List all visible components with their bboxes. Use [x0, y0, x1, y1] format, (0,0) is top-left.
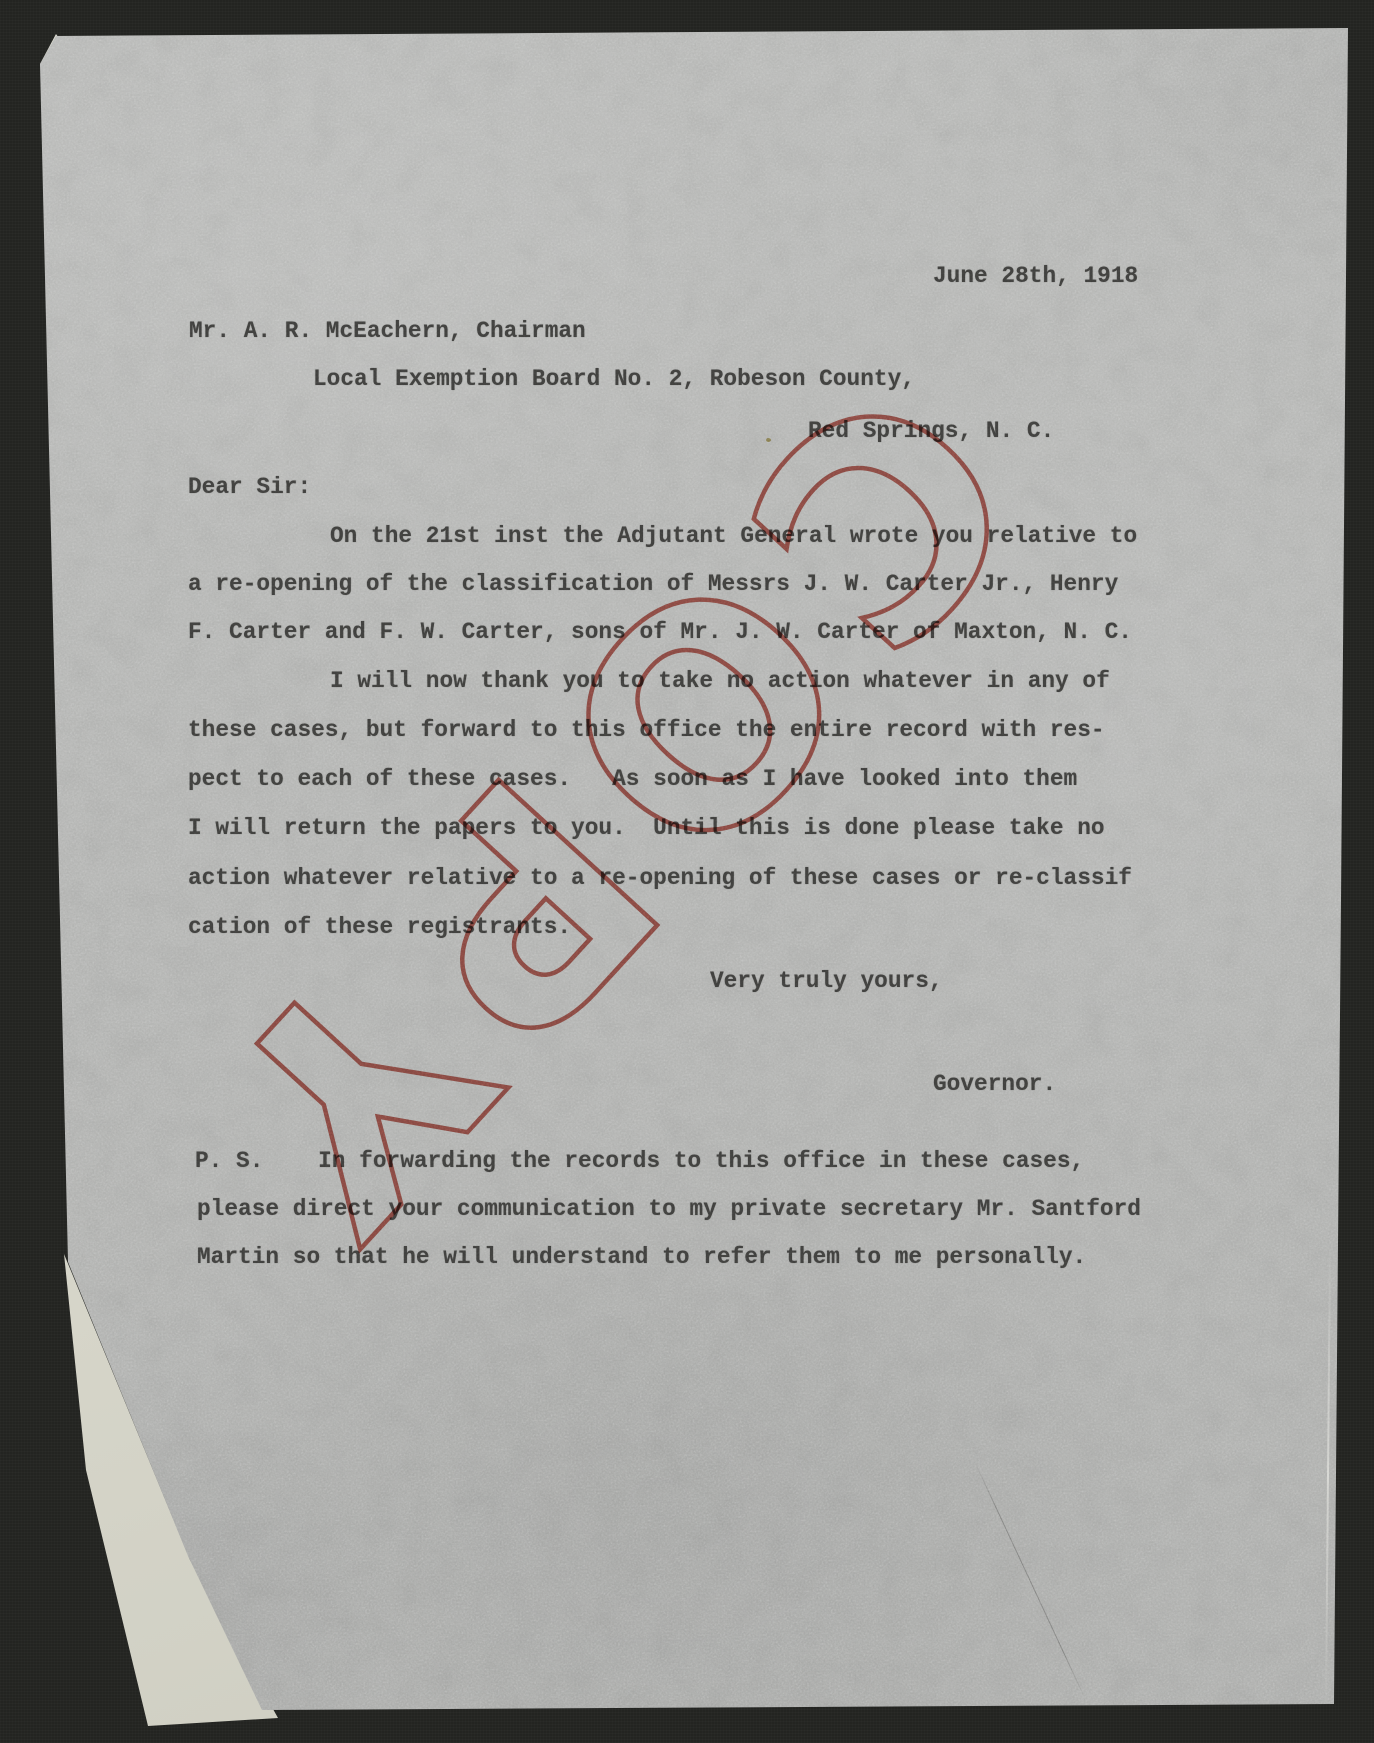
copy-stamp: COPY [0, 0, 1374, 1743]
copy-stamp-text: COPY [129, 318, 1081, 1312]
paper-speck [766, 438, 771, 442]
letter-page: June 28th, 1918Mr. A. R. McEachern, Chai… [0, 0, 1374, 1743]
scan-background: June 28th, 1918Mr. A. R. McEachern, Chai… [0, 0, 1374, 1743]
